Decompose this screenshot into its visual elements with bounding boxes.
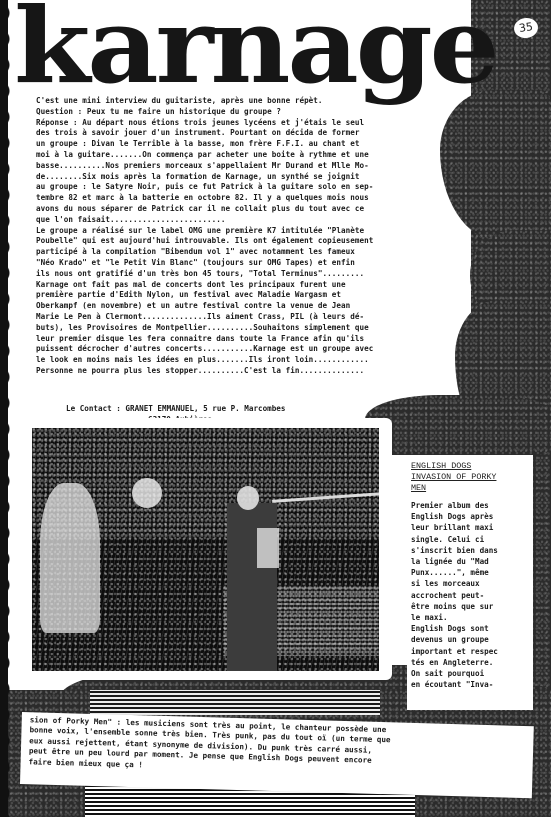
review-column: ENGLISH DOGS INVASION OF PORKY MEN Premi… — [407, 455, 533, 710]
photo-figure-center-shirt — [257, 528, 279, 568]
contact-line: Le Contact : GRANET EMMANUEL, 5 rue P. M… — [66, 404, 285, 415]
halftone-stripes — [90, 690, 380, 715]
masthead-title: karnage — [14, 0, 512, 96]
photo-figure-left — [40, 483, 100, 633]
zine-page: karnage 35 C'est une mini interview du g… — [0, 0, 551, 817]
photo-figure-center-head — [237, 486, 259, 510]
torn-dark-blob — [365, 395, 551, 455]
photo-figure-left-arm — [132, 478, 162, 508]
band-photo — [32, 428, 379, 671]
review-body: Premier album des English Dogs après leu… — [411, 500, 529, 690]
interview-text: C'est une mini interview du guitariste, … — [36, 96, 476, 377]
torn-left-edge-scallop — [0, 0, 22, 817]
review-continuation-slip: sion of Porky Men" : les musiciens sont … — [20, 712, 534, 798]
review-title: ENGLISH DOGS INVASION OF PORKY MEN — [411, 461, 529, 494]
review-continuation-text: sion of Porky Men" : les musiciens sont … — [28, 715, 390, 777]
